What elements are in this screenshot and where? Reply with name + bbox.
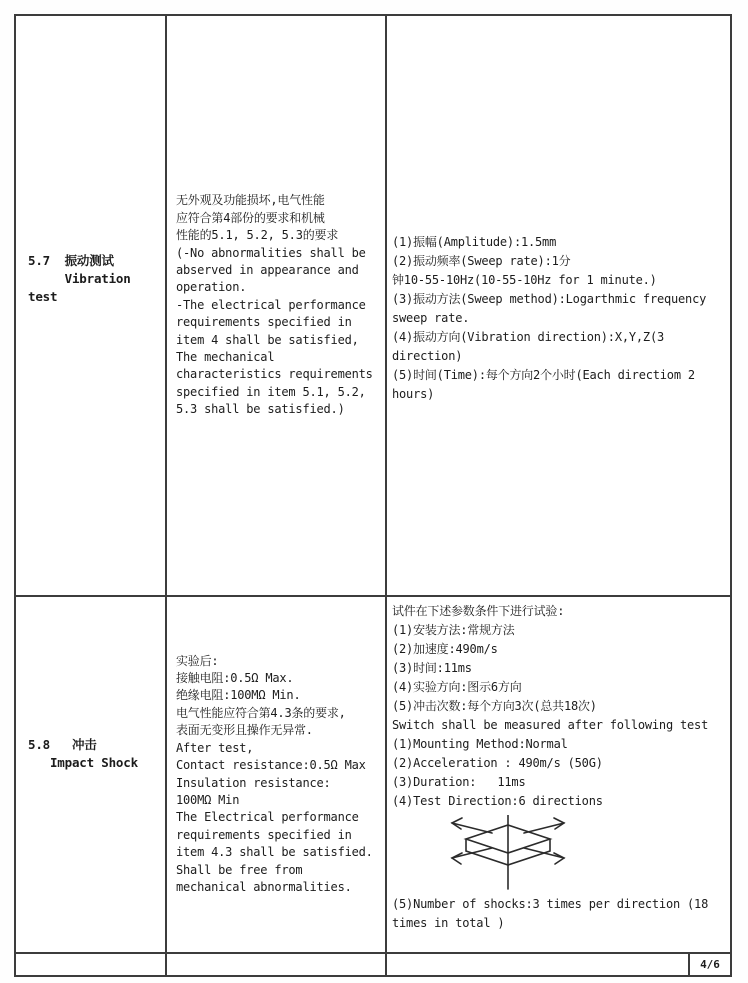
criteria-text-impact-shock: 实验后: 接触电阻:0.5Ω Max. 绝缘电阻:100MΩ Min. 电气性能… bbox=[176, 653, 381, 897]
footer-cell-left bbox=[16, 954, 167, 975]
document-page: 5.7 振动测试 Vibration test 无外观及功能损坏,电气性能 应符… bbox=[0, 0, 748, 983]
conditions-cell-impact-shock: 试件在下述参数条件下进行试验: (1)安装方法:常规方法 (2)加速度:490m… bbox=[387, 597, 730, 954]
conditions-text-impact-shock-top: 试件在下述参数条件下进行试验: (1)安装方法:常规方法 (2)加速度:490m… bbox=[392, 602, 726, 811]
page-number: 4/6 bbox=[688, 954, 730, 975]
item-label-impact-shock: 5.8 冲击 Impact Shock bbox=[28, 736, 138, 772]
criteria-cell-impact-shock: 实验后: 接触电阻:0.5Ω Max. 绝缘电阻:100MΩ Min. 电气性能… bbox=[167, 597, 387, 954]
test-spec-table: 5.7 振动测试 Vibration test 无外观及功能损坏,电气性能 应符… bbox=[14, 14, 732, 977]
criteria-cell-vibration-test: 无外观及功能损坏,电气性能 应符合第4部份的要求和机械 性能的5.1, 5.2,… bbox=[167, 16, 387, 597]
criteria-text-vibration-test: 无外观及功能损坏,电气性能 应符合第4部份的要求和机械 性能的5.1, 5.2,… bbox=[176, 192, 381, 418]
footer-cell-right: 4/6 bbox=[387, 954, 730, 975]
conditions-text-vibration-test: (1)振幅(Amplitude):1.5mm (2)振动频率(Sweep rat… bbox=[392, 233, 726, 404]
item-cell-vibration-test: 5.7 振动测试 Vibration test bbox=[16, 16, 167, 597]
footer-spacer bbox=[387, 954, 688, 975]
item-cell-impact-shock: 5.8 冲击 Impact Shock bbox=[16, 597, 167, 954]
footer-cell-middle bbox=[167, 954, 387, 975]
shock-directions-diagram bbox=[440, 815, 576, 893]
conditions-text-impact-shock-bottom: (5)Number of shocks:3 times per directio… bbox=[392, 895, 726, 933]
conditions-cell-vibration-test: (1)振幅(Amplitude):1.5mm (2)振动频率(Sweep rat… bbox=[387, 16, 730, 597]
item-label-vibration-test: 5.7 振动测试 Vibration test bbox=[28, 252, 165, 306]
